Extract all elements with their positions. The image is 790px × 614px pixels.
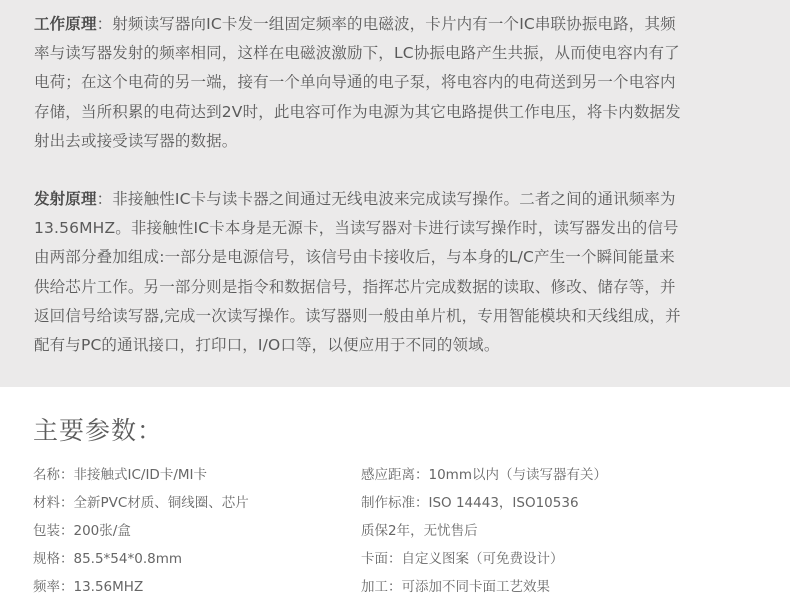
- line-text: 射频读写器向IC卡发一组固定频率的电磁波，卡片内有一个IC串联协振电路，其频: [112, 15, 676, 33]
- param-frequency: 频率：13.56MHZ: [33, 573, 249, 601]
- param-card-face: 卡面：自定义图案（可免费设计）: [361, 545, 607, 573]
- transmit-principle-heading: 发射原理: [34, 190, 97, 208]
- working-principle-heading: 工作原理: [34, 15, 97, 33]
- paragraph-line: 电荷；在这个电荷的另一端，接有一个单向导通的电子泵，将电容内的电荷送到另一个电容…: [34, 68, 764, 97]
- param-read-distance: 感应距离：10mm以内（与读写器有关）: [361, 461, 607, 489]
- paragraph-line: 返回信号给读写器,完成一次读写操作。读写器则一般由单片机，专用智能模块和天线组成…: [34, 302, 764, 331]
- param-packaging: 包装：200张/盒: [33, 517, 249, 545]
- principles-section: 工作原理：射频读写器向IC卡发一组固定频率的电磁波，卡片内有一个IC串联协振电路…: [0, 0, 790, 387]
- params-left-column: 名称：非接触式IC/ID卡/MI卡 材料：全新PVC材质、铜线圈、芯片 包装：2…: [33, 461, 249, 601]
- param-size: 规格：85.5*54*0.8mm: [33, 545, 249, 573]
- paragraph-line: 13.56MHZ。非接触性IC卡本身是无源卡，当读写器对卡进行读写操作时，读写器…: [34, 214, 764, 243]
- paragraph-line: 射出去或接受读写器的数据。: [34, 127, 764, 156]
- params-right-column: 感应距离：10mm以内（与读写器有关） 制作标准：ISO 14443，ISO10…: [361, 461, 607, 601]
- paragraph-line: 由两部分叠加组成:一部分是电源信号，该信号由卡接收后，与本身的L/C产生一个瞬间…: [34, 243, 764, 272]
- paragraph-line: 配有与PC的通讯接口，打印口，I/O口等，以便应用于不同的领域。: [34, 331, 764, 360]
- paragraph-line: 发射原理：非接触性IC卡与读卡器之间通过无线电波来完成读写操作。二者之间的通讯频…: [34, 185, 764, 214]
- paragraph-line: 供给芯片工作。另一部分则是指令和数据信号，指挥芯片完成数据的读取、修改、储存等，…: [34, 273, 764, 302]
- separator: ：: [97, 190, 113, 208]
- paragraph-line: 工作原理：射频读写器向IC卡发一组固定频率的电磁波，卡片内有一个IC串联协振电路…: [34, 10, 764, 39]
- param-material: 材料：全新PVC材质、铜线圈、芯片: [33, 489, 249, 517]
- transmit-principle-paragraph: 发射原理：非接触性IC卡与读卡器之间通过无线电波来完成读写操作。二者之间的通讯频…: [34, 185, 764, 360]
- working-principle-paragraph: 工作原理：射频读写器向IC卡发一组固定频率的电磁波，卡片内有一个IC串联协振电路…: [34, 10, 764, 156]
- line-text: 非接触性IC卡与读卡器之间通过无线电波来完成读写操作。二者之间的通讯频率为: [112, 190, 675, 208]
- paragraph-line: 率与读写器发射的频率相同，这样在电磁波激励下，LC协振电路产生共振，从而使电容内…: [34, 39, 764, 68]
- param-processing: 加工：可添加不同卡面工艺效果: [361, 573, 607, 601]
- main-params-title: 主要参数：: [33, 411, 163, 447]
- param-standard: 制作标准：ISO 14443，ISO10536: [361, 489, 607, 517]
- paragraph-line: 存储，当所积累的电荷达到2V时，此电容可作为电源为其它电路提供工作电压，将卡内数…: [34, 98, 764, 127]
- param-warranty: 质保2年，无忧售后: [361, 517, 607, 545]
- separator: ：: [97, 15, 113, 33]
- param-name: 名称：非接触式IC/ID卡/MI卡: [33, 461, 249, 489]
